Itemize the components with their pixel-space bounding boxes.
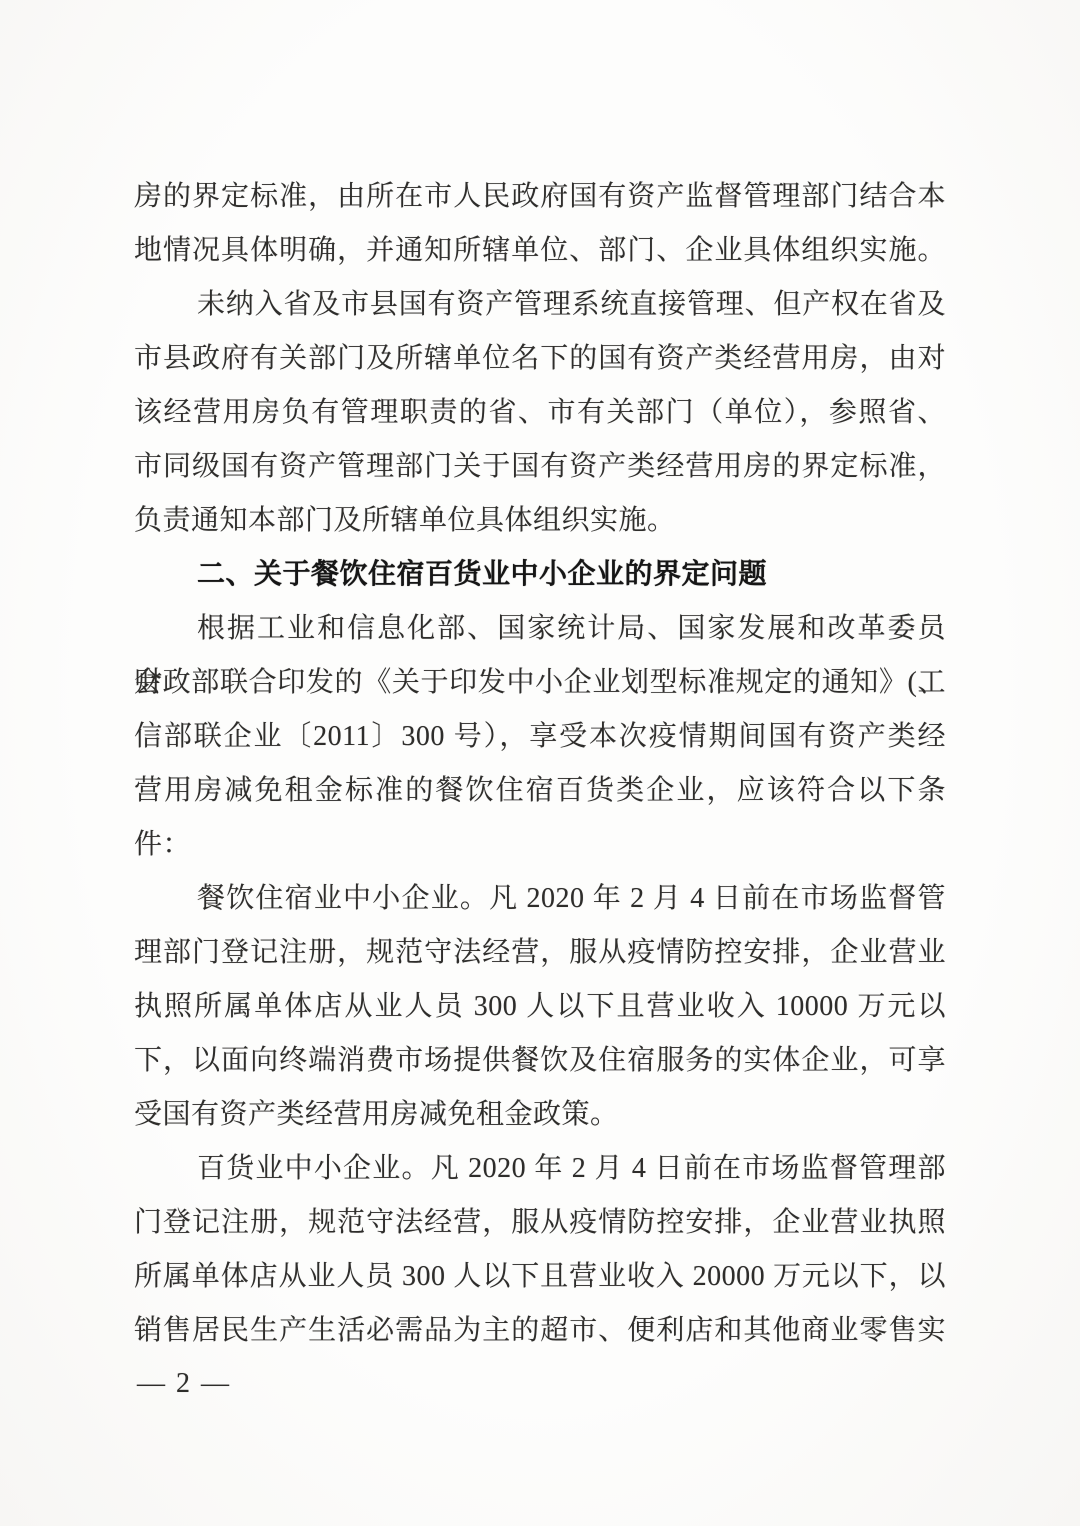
text-line: 未纳入省及市县国有资产管理系统直接管理、但产权在省及: [134, 278, 946, 332]
text-line: 所属单体店从业人员 300 人以下且营业收入 20000 万元以下，以: [134, 1250, 946, 1304]
text-line: 根据工业和信息化部、国家统计局、国家发展和改革委员会、: [134, 602, 946, 656]
text-line: 营用房减免租金标准的餐饮住宿百货类企业，应该符合以下条: [134, 764, 946, 818]
text-line: 地情况具体明确，并通知所辖单位、部门、企业具体组织实施。: [134, 224, 946, 278]
text-line: 件：: [134, 818, 946, 872]
text-line: 信部联企业〔2011〕300 号），享受本次疫情期间国有资产类经: [134, 710, 946, 764]
text-line: 执照所属单体店从业人员 300 人以下且营业收入 10000 万元以: [134, 980, 946, 1034]
text-line: 该经营用房负有管理职责的省、市有关部门（单位），参照省、: [134, 386, 946, 440]
text-line: 财政部联合印发的《关于印发中小企业划型标准规定的通知》(工: [134, 656, 946, 710]
text-line: 受国有资产类经营用房减免租金政策。: [134, 1088, 946, 1142]
text-line: 餐饮住宿业中小企业。凡 2020 年 2 月 4 日前在市场监督管: [134, 872, 946, 926]
text-line: 负责通知本部门及所辖单位具体组织实施。: [134, 494, 946, 548]
text-line: 房的界定标准，由所在市人民政府国有资产监督管理部门结合本: [134, 170, 946, 224]
text-line: 理部门登记注册，规范守法经营，服从疫情防控安排，企业营业: [134, 926, 946, 980]
document-body: 房的界定标准，由所在市人民政府国有资产监督管理部门结合本地情况具体明确，并通知所…: [134, 170, 946, 1358]
page-number: — 2 —: [137, 1364, 231, 1404]
text-line: 二、关于餐饮住宿百货业中小企业的界定问题: [134, 548, 946, 602]
text-line: 销售居民生产生活必需品为主的超市、便利店和其他商业零售实: [134, 1304, 946, 1358]
text-line: 百货业中小企业。凡 2020 年 2 月 4 日前在市场监督管理部: [134, 1142, 946, 1196]
text-line: 下，以面向终端消费市场提供餐饮及住宿服务的实体企业，可享: [134, 1034, 946, 1088]
text-line: 门登记注册，规范守法经营，服从疫情防控安排，企业营业执照: [134, 1196, 946, 1250]
text-line: 市县政府有关部门及所辖单位名下的国有资产类经营用房，由对: [134, 332, 946, 386]
document-page: 房的界定标准，由所在市人民政府国有资产监督管理部门结合本地情况具体明确，并通知所…: [0, 0, 1080, 1526]
text-line: 市同级国有资产管理部门关于国有资产类经营用房的界定标准，: [134, 440, 946, 494]
